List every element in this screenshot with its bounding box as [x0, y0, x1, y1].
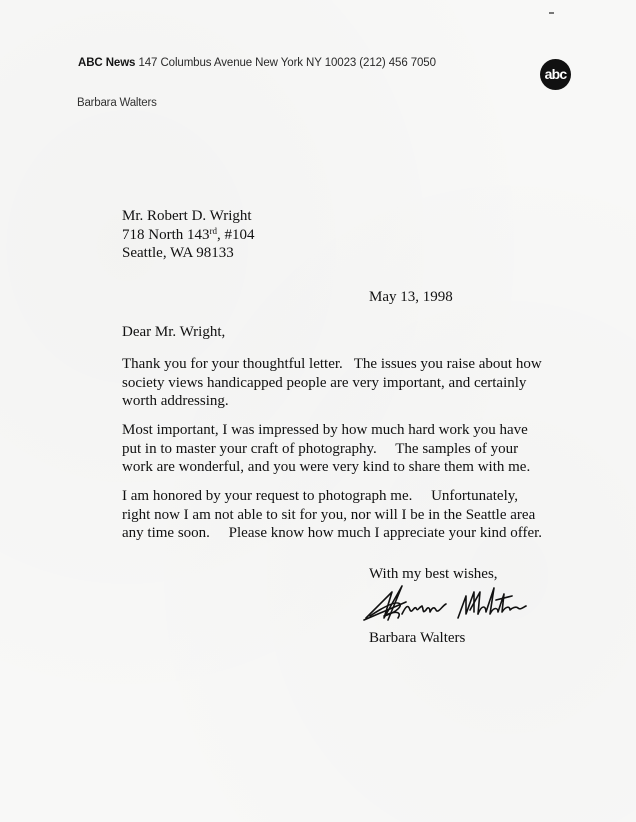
- organization-name: ABC News: [78, 57, 135, 69]
- paragraph-line: work are wonderful, and you were very ki…: [122, 458, 542, 477]
- paragraph-line: put in to master your craft of photograp…: [122, 440, 542, 459]
- paragraph-1: Thank you for your thoughtful letter. Th…: [122, 355, 542, 411]
- ordinal-suffix: rd: [210, 226, 218, 236]
- paragraph-line: Thank you for your thoughtful letter. Th…: [122, 355, 542, 374]
- recipient-name: Mr. Robert D. Wright: [122, 207, 255, 226]
- salutation: Dear Mr. Wright,: [122, 323, 225, 342]
- abc-logo-icon: abc: [540, 59, 571, 90]
- street-number: 718 North 143: [122, 227, 210, 243]
- paragraph-line: right now I am not able to sit for you, …: [122, 506, 542, 525]
- paragraph-line: I am honored by your request to photogra…: [122, 487, 542, 506]
- organization-address: 147 Columbus Avenue New York NY 10023 (2…: [138, 57, 435, 69]
- signed-name: Barbara Walters: [369, 629, 465, 648]
- recipient-city: Seattle, WA 98133: [122, 244, 255, 263]
- sender-name-header: Barbara Walters: [77, 97, 157, 109]
- letterhead: ABC News 147 Columbus Avenue New York NY…: [78, 57, 436, 69]
- paragraph-line: society views handicapped people are ver…: [122, 374, 542, 393]
- letter-date: May 13, 1998: [369, 288, 453, 307]
- signature-icon: [362, 578, 532, 623]
- unit-number: , #104: [217, 227, 255, 243]
- recipient-address: Mr. Robert D. Wright 718 North 143rd, #1…: [122, 207, 255, 263]
- paper-speck: [549, 12, 554, 14]
- recipient-street: 718 North 143rd, #104: [122, 226, 255, 245]
- paragraph-line: worth addressing.: [122, 392, 542, 411]
- letter-page: ABC News 147 Columbus Avenue New York NY…: [0, 0, 636, 822]
- paragraph-3: I am honored by your request to photogra…: [122, 487, 542, 543]
- paragraph-line: Most important, I was impressed by how m…: [122, 421, 542, 440]
- paragraph-line: any time soon. Please know how much I ap…: [122, 524, 542, 543]
- paragraph-2: Most important, I was impressed by how m…: [122, 421, 542, 477]
- logo-text: abc: [545, 66, 567, 82]
